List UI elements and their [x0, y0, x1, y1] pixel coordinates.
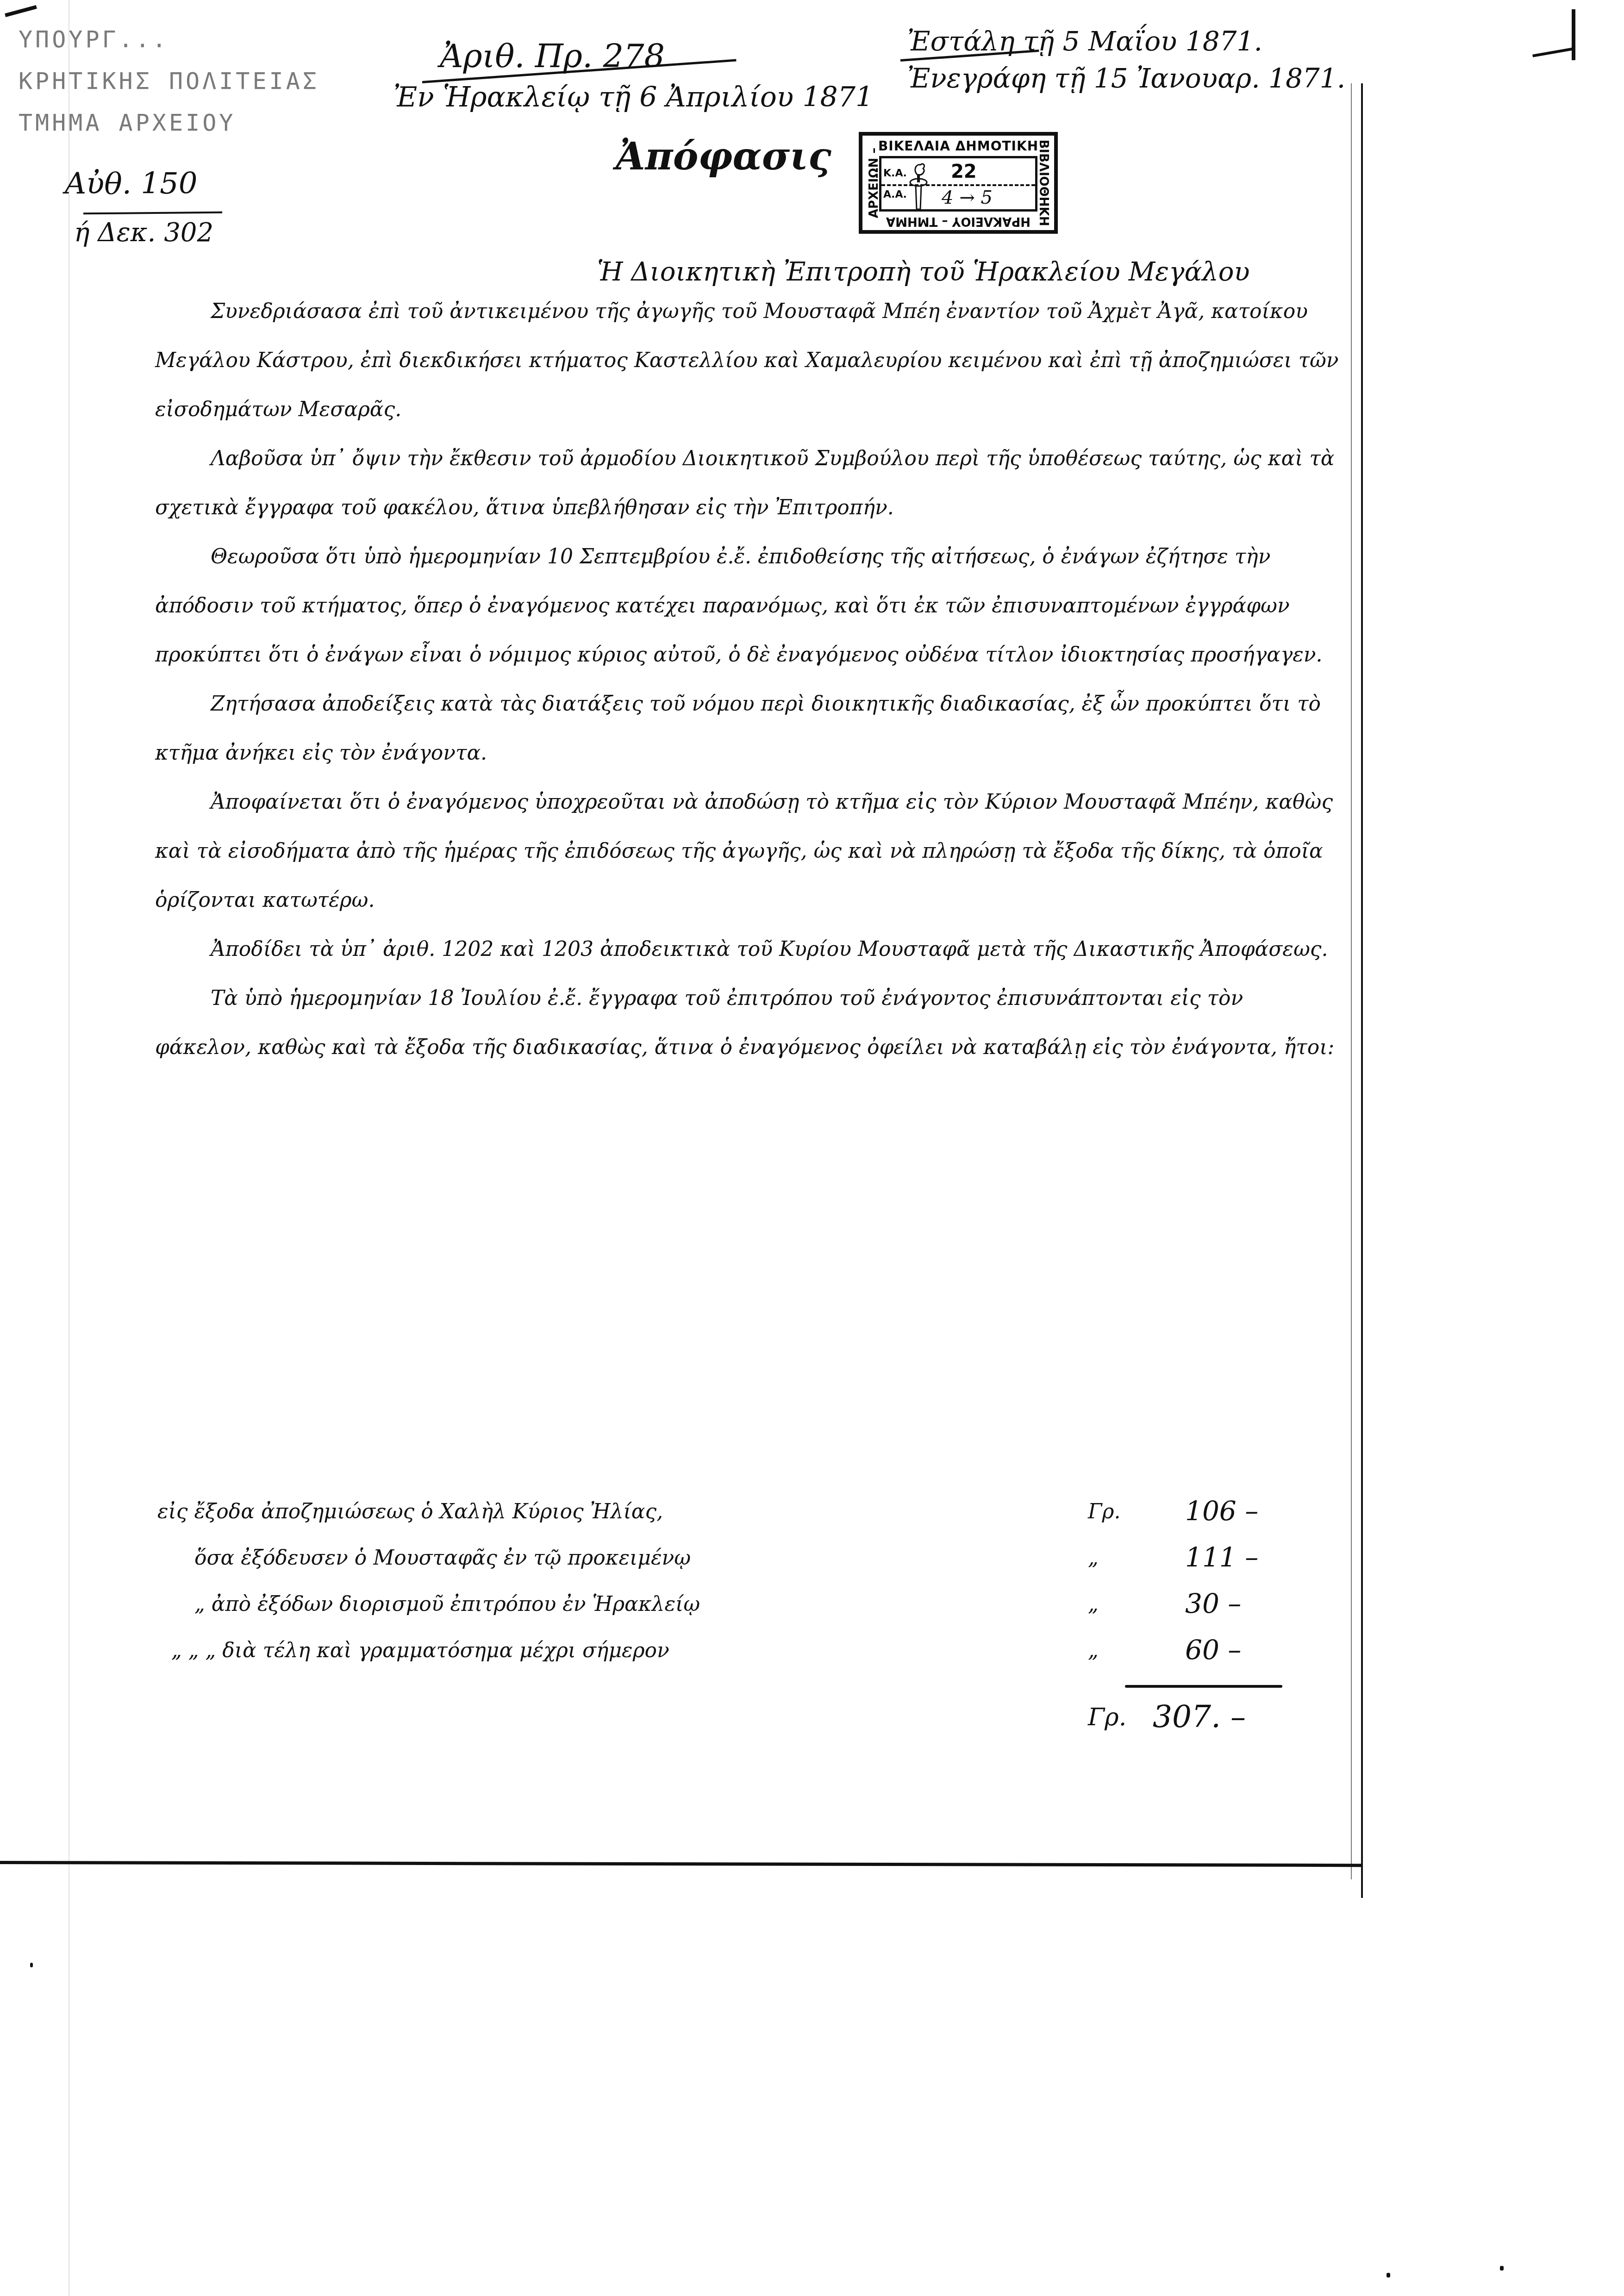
body-paragraph: Συνεδριάσασα ἐπὶ τοῦ ἀντικειμένου τῆς ἀγ… [155, 287, 1340, 434]
body-paragraph: Θεωροῦσα ὅτι ὑπὸ ἡμερομηνίαν 10 Σεπτεμβρ… [155, 532, 1340, 680]
ledger-unit: Γρ. [1088, 1500, 1120, 1523]
ink-speck [1387, 2273, 1390, 2277]
stamp-aa-label: Α.Α. [883, 189, 907, 200]
archive-stamp: ΒΙΚΕΛΑΙΑ ΔΗΜΟΤΙΚΗ ΒΙΒΛΙΟΘΗΚΗ ΑΡΧΕΙΩΝ – Η… [859, 132, 1058, 234]
protocol-number: Ἀριθ. Πρ. 278 [440, 37, 665, 75]
body-paragraph: Ἀποφαίνεται ὅτι ὁ ἐναγόμενος ὑποχρεοῦται… [155, 778, 1340, 925]
right-margin-line [1351, 83, 1352, 1879]
page-edge-mark [1532, 47, 1574, 57]
ledger-row: ὅσα ἐξόδευσεν ὁ Μουσταφᾶς ἐν τῷ προκειμέ… [157, 1546, 1343, 1592]
ledger-amount: 60 – [1185, 1634, 1241, 1666]
faded-stamp-line: ΤΜΗΜΑ ΑΡΧΕΙΟΥ [19, 102, 213, 143]
ledger-row: „ „ „ διὰ τέλη καὶ γραμματόσημα μέχρι σή… [157, 1639, 1343, 1685]
ink-speck [30, 1963, 33, 1967]
torch-icon [909, 161, 928, 212]
expense-ledger: εἰς ἔξοδα ἀποζημιώσεως ὁ Χαλὴλ Κύριος Ἠλ… [157, 1500, 1343, 1750]
left-margin-line [69, 0, 69, 2296]
ledger-amount: 106 – [1185, 1495, 1258, 1527]
sent-date: Ἐστάλη τῇ 5 Μαΐου 1871. [907, 25, 1262, 57]
stamp-top-text: ΒΙΚΕΛΑΙΑ ΔΗΜΟΤΙΚΗ [862, 138, 1054, 154]
document-body: Συνεδριάσασα ἐπὶ τοῦ ἀντικειμένου τῆς ἀγ… [155, 287, 1340, 1072]
registered-date: Ἐνεγράφη τῇ 15 Ἰανουαρ. 1871. [907, 62, 1345, 94]
stamp-ka-label: Κ.Α. [883, 168, 907, 179]
right-margin-border [1361, 83, 1363, 1898]
sum-underline [1125, 1685, 1282, 1688]
ledger-total-row: Γρ. 307. – [157, 1703, 1343, 1750]
ledger-description: „ „ „ διὰ τέλη καὶ γραμματόσημα μέχρι σή… [171, 1639, 669, 1662]
left-reference-number: Αὐθ. 150 [65, 167, 198, 201]
left-reference-sub: ή Δεκ. 302 [74, 218, 213, 248]
document-title: Ἀπόφασις [616, 134, 831, 179]
ledger-description: εἰς ἔξοδα ἀποζημιώσεως ὁ Χαλὴλ Κύριος Ἠλ… [157, 1500, 663, 1523]
ink-speck [1500, 2266, 1504, 2271]
salutation: Ἡ Διοικητικὴ Ἐπιτροπὴ τοῦ Ἡρακλείου Μεγά… [597, 257, 1250, 287]
bottom-border-line [0, 1861, 1361, 1867]
stamp-bottom-text: ΗΡΑΚΛΕΙΟΥ – ΤΜΗΜΑ [862, 214, 1054, 228]
ledger-unit: „ [1088, 1546, 1099, 1570]
ledger-description: „ ἀπὸ ἐξόδων διορισμοῦ ἐπιτρόπου ἐν Ἡρακ… [194, 1592, 700, 1616]
faded-header-stamp: ΥΠΟΥΡΓ... ΚΡΗΤΙΚΗΣ ΠΟΛΙΤΕΙΑΣ ΤΜΗΜΑ ΑΡΧΕΙ… [19, 19, 213, 143]
ledger-total-amount: 307. – [1153, 1699, 1246, 1734]
ledger-total-unit: Γρ. [1088, 1703, 1126, 1731]
ledger-row: εἰς ἔξοδα ἀποζημιώσεως ὁ Χαλὴλ Κύριος Ἠλ… [157, 1500, 1343, 1546]
body-paragraph: Τὰ ὑπὸ ἡμερομηνίαν 18 Ἰουλίου ἐ.ἔ. ἔγγρα… [155, 974, 1340, 1072]
stamp-ka-value: 22 [951, 161, 977, 182]
faded-stamp-line: ΥΠΟΥΡΓ... [19, 19, 213, 60]
ledger-unit: „ [1088, 1639, 1099, 1662]
faded-stamp-line: ΚΡΗΤΙΚΗΣ ΠΟΛΙΤΕΙΑΣ [19, 60, 213, 102]
body-paragraph: Λαβοῦσα ὑπ᾿ ὄψιν τὴν ἔκθεσιν τοῦ ἀρμοδίο… [155, 434, 1340, 532]
stamp-inner-box: Κ.Α. Α.Α. 22 4 → 5 [879, 156, 1037, 212]
body-paragraph: Ἀποδίδει τὰ ὑπ᾿ ἀριθ. 1202 καὶ 1203 ἀποδ… [155, 925, 1340, 974]
protocol-date: Ἐν Ἡρακλείῳ τῇ 6 Ἀπριλίου 1871 [394, 81, 873, 113]
ledger-description: ὅσα ἐξόδευσεν ὁ Μουσταφᾶς ἐν τῷ προκειμέ… [194, 1546, 691, 1570]
stamp-right-text: ΒΙΒΛΙΟΘΗΚΗ [1037, 140, 1050, 226]
body-paragraph: Ζητήσασα ἀποδείξεις κατὰ τὰς διατάξεις τ… [155, 680, 1340, 778]
ledger-amount: 111 – [1185, 1541, 1258, 1573]
ledger-row: „ ἀπὸ ἐξόδων διορισμοῦ ἐπιτρόπου ἐν Ἡρακ… [157, 1592, 1343, 1639]
page-edge-mark [1572, 9, 1575, 60]
stamp-aa-value: 4 → 5 [942, 187, 993, 208]
ink-stroke [5, 5, 37, 17]
stamp-divider [881, 184, 1035, 186]
ledger-amount: 30 – [1185, 1588, 1241, 1619]
reference-underline [83, 212, 222, 215]
ledger-unit: „ [1088, 1592, 1099, 1616]
